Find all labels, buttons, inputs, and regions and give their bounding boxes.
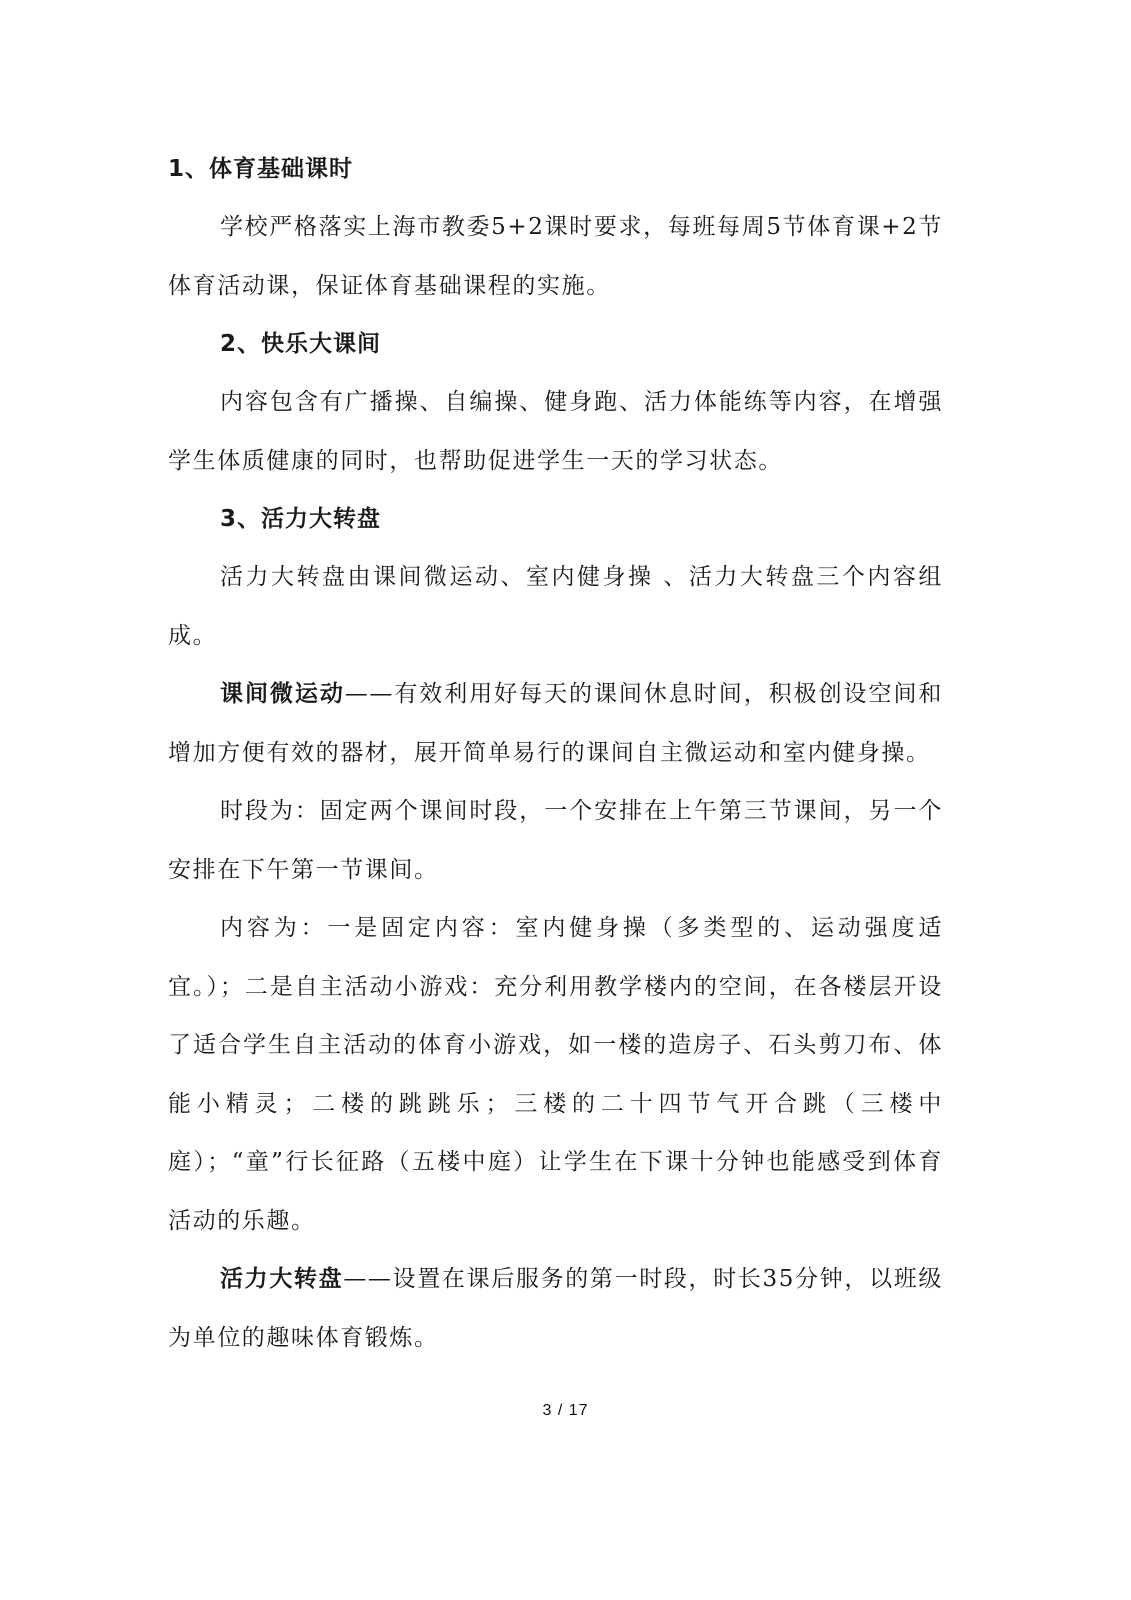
document-page: 1、体育基础课时 学校严格落实上海市教委5+2课时要求，每班每周5节体育课+2节… — [168, 140, 943, 1367]
section-heading-1: 1、体育基础课时 — [168, 140, 943, 198]
paragraph-content: 内容为：一是固定内容：室内健身操（多类型的、运动强度适宜。）；二是自主活动小游戏… — [168, 899, 943, 1250]
section-heading-3: 3、活力大转盘 — [168, 490, 943, 548]
paragraph-turntable-intro: 活力大转盘由课间微运动、室内健身操 、活力大转盘三个内容组成。 — [168, 548, 943, 665]
micro-exercise-lead: 课间微运动 — [220, 681, 345, 707]
paragraph-time-slots: 时段为：固定两个课间时段，一个安排在上午第三节课间，另一个安排在下午第一节课间。 — [168, 782, 943, 899]
page-number: 3 / 17 — [0, 1402, 1131, 1420]
micro-exercise-dash: —— — [345, 681, 394, 707]
paragraph-happy-break: 内容包含有广播操、自编操、健身跑、活力体能练等内容，在增强学生体质健康的同时，也… — [168, 373, 943, 490]
paragraph-turntable: 活力大转盘——设置在课后服务的第一时段，时长35分钟，以班级为单位的趣味体育锻炼… — [168, 1250, 943, 1367]
turntable-lead: 活力大转盘 — [220, 1266, 343, 1292]
section-heading-2: 2、快乐大课间 — [168, 315, 943, 373]
turntable-dash: —— — [343, 1266, 392, 1292]
paragraph-pe-basic-hours: 学校严格落实上海市教委5+2课时要求，每班每周5节体育课+2节体育活动课，保证体… — [168, 198, 943, 315]
paragraph-micro-exercise: 课间微运动——有效利用好每天的课间休息时间，积极创设空间和增加方便有效的器材，展… — [168, 665, 943, 782]
